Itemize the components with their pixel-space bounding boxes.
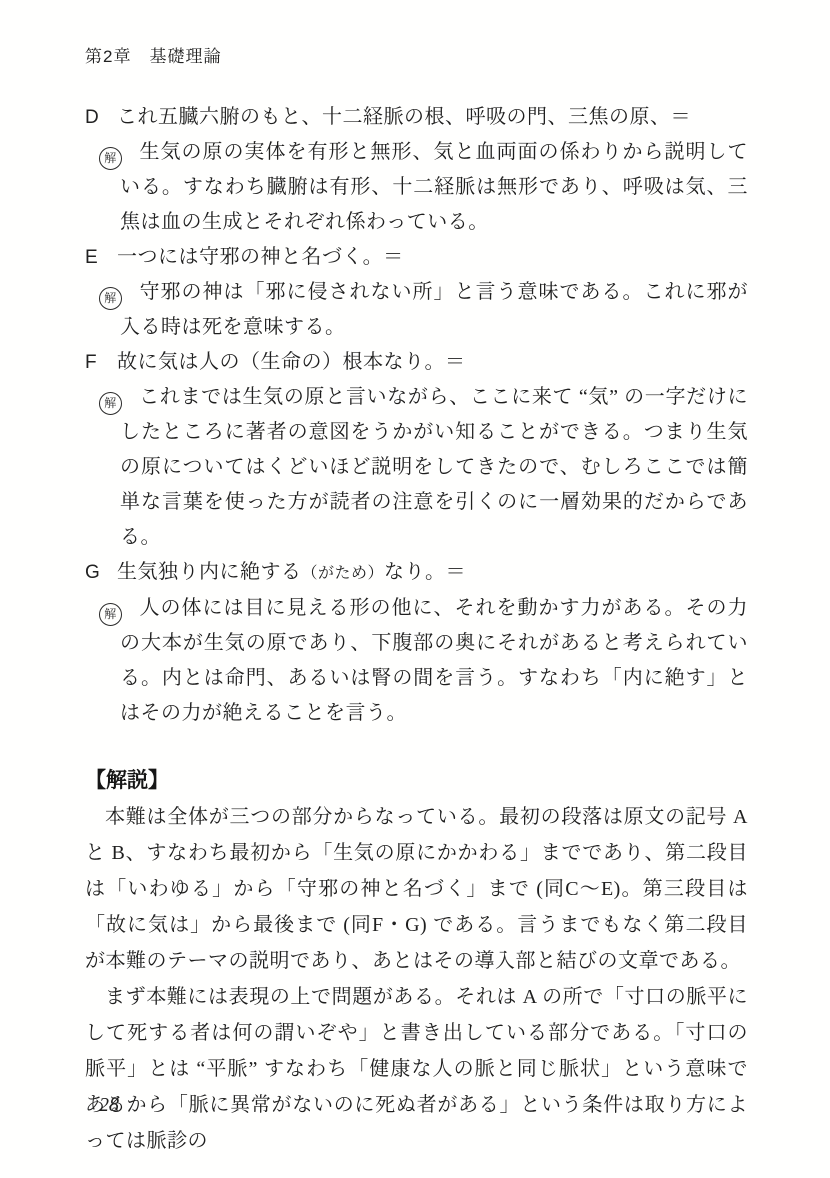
- kai-paragraph: 解守邪の神は「邪に侵されない所」と言う意味である。これに邪が入る時は死を意味する…: [120, 275, 748, 345]
- commentary-paragraph-1: 本難は全体が三つの部分からなっている。最初の段落は原文の記号 A と B、すなわ…: [85, 799, 748, 979]
- item-head-line: F 故に気は人の（生命の）根本なり。＝: [85, 345, 748, 380]
- item-head-line: E 一つには守邪の神と名づく。＝: [85, 240, 748, 275]
- kai-circle-icon: 解: [99, 287, 122, 310]
- item-head-line: G 生気独り内に絶する（がため）なり。＝: [85, 555, 748, 591]
- kai-paragraph: 解生気の原の実体を有形と無形、気と血両面の係わりから説明している。すなわち臓腑は…: [120, 135, 748, 240]
- item-head-text: これ五臓六腑のもと、十二経脈の根、呼吸の門、三焦の原、＝: [117, 100, 691, 135]
- chapter-header: 第2章 基礎理論: [85, 42, 221, 67]
- page-number: 28: [99, 1094, 119, 1117]
- original-text-item-e: E 一つには守邪の神と名づく。＝ 解守邪の神は「邪に侵されない所」と言う意味であ…: [85, 240, 748, 345]
- page-content: D これ五臓六腑のもと、十二経脈の根、呼吸の門、三焦の原、＝ 解生気の原の実体を…: [85, 100, 748, 1159]
- kai-circle-icon: 解: [99, 392, 122, 415]
- item-head-line: D これ五臓六腑のもと、十二経脈の根、呼吸の門、三焦の原、＝: [85, 100, 748, 135]
- item-marker: F: [85, 345, 117, 380]
- item-head-reading: （がため）: [302, 565, 385, 582]
- kai-paragraph: 解人の体には目に見える形の他に、それを動かす力がある。その力の大本が生気の原であ…: [120, 591, 748, 731]
- kai-text: 人の体には目に見える形の他に、それを動かす力がある。その力の大本が生気の原であり…: [120, 597, 748, 724]
- kai-circle-icon: 解: [99, 147, 122, 170]
- item-head-post: なり。＝: [384, 561, 466, 583]
- item-marker: G: [85, 555, 117, 590]
- kai-text: 生気の原の実体を有形と無形、気と血両面の係わりから説明している。すなわち臓腑は有…: [120, 141, 748, 233]
- book-page: 第2章 基礎理論 D これ五臓六腑のもと、十二経脈の根、呼吸の門、三焦の原、＝ …: [0, 0, 830, 1178]
- commentary-paragraph-2: まず本難には表現の上で問題がある。それは A の所で「寸口の脈平にして死する者は…: [85, 979, 748, 1159]
- commentary-heading: 【解説】: [85, 763, 748, 799]
- original-text-item-f: F 故に気は人の（生命の）根本なり。＝ 解これまでは生気の原と言いながら、ここに…: [85, 345, 748, 555]
- commentary-section: 【解説】 本難は全体が三つの部分からなっている。最初の段落は原文の記号 A と …: [85, 763, 748, 1159]
- item-head-text: 一つには守邪の神と名づく。＝: [117, 240, 404, 275]
- kai-paragraph: 解これまでは生気の原と言いながら、ここに来て “気” の一字だけにしたところに著…: [120, 380, 748, 555]
- item-head-pre: 生気独り内に絶する: [117, 561, 302, 583]
- item-head-text: 生気独り内に絶する（がため）なり。＝: [117, 555, 466, 591]
- item-head-text: 故に気は人の（生命の）根本なり。＝: [117, 345, 466, 380]
- item-marker: E: [85, 240, 117, 275]
- kai-text: これまでは生気の原と言いながら、ここに来て “気” の一字だけにしたところに著者…: [120, 386, 748, 548]
- kai-circle-icon: 解: [99, 603, 122, 626]
- item-marker: D: [85, 100, 117, 135]
- kai-text: 守邪の神は「邪に侵されない所」と言う意味である。これに邪が入る時は死を意味する。: [120, 281, 748, 338]
- original-text-item-g: G 生気独り内に絶する（がため）なり。＝ 解人の体には目に見える形の他に、それを…: [85, 555, 748, 731]
- original-text-item-d: D これ五臓六腑のもと、十二経脈の根、呼吸の門、三焦の原、＝ 解生気の原の実体を…: [85, 100, 748, 240]
